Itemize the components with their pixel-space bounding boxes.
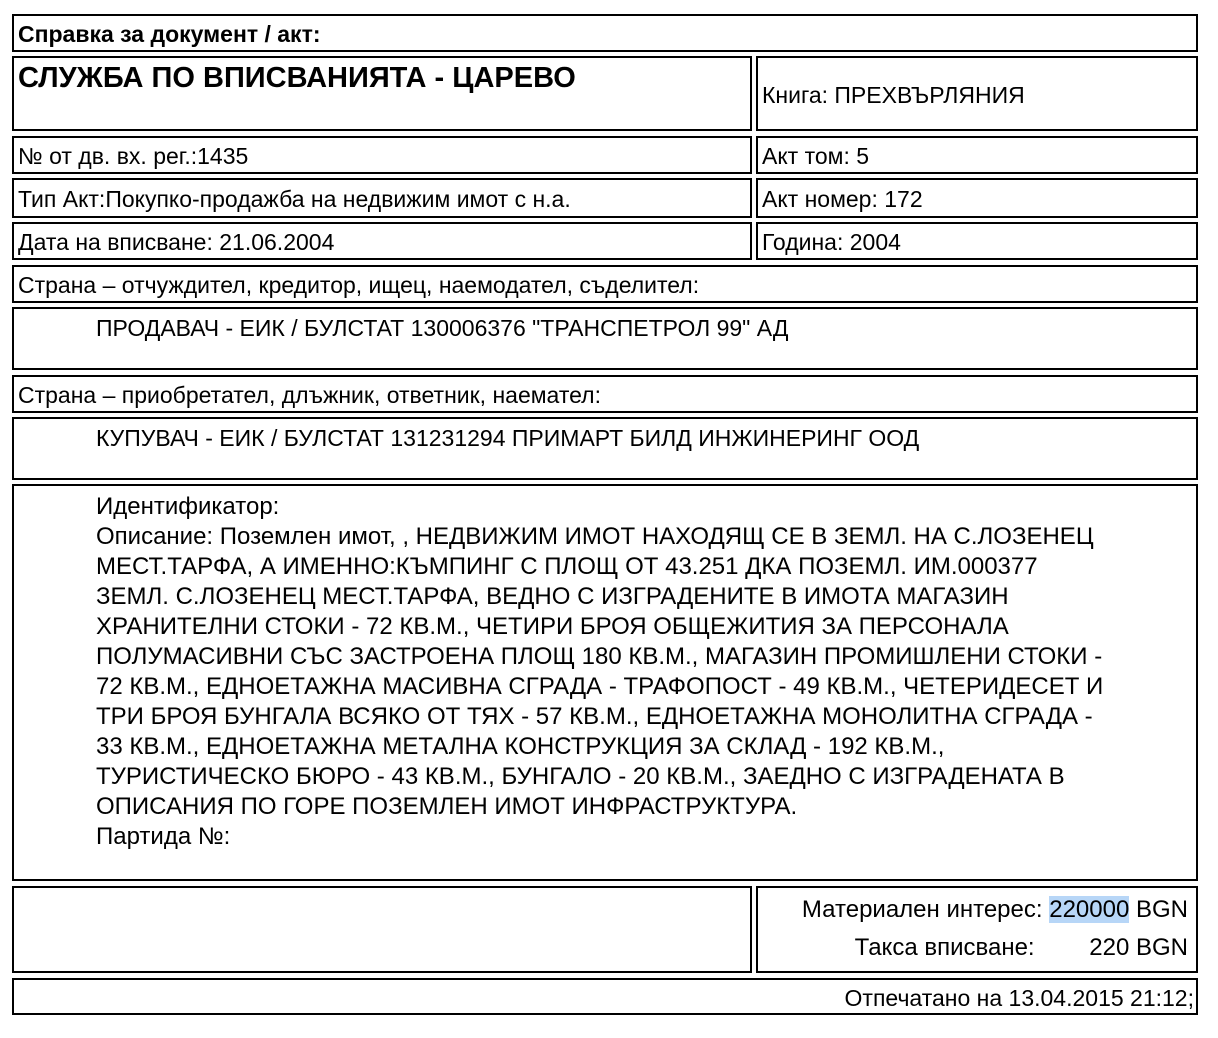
fees-empty-cell <box>12 886 752 973</box>
description-line: ХРАНИТЕЛНИ СТОКИ - 72 КВ.М., ЧЕТИРИ БРОЯ… <box>96 612 1186 642</box>
material-interest-currency: BGN <box>1136 896 1188 923</box>
entry-date: Дата на вписване: 21.06.2004 <box>18 229 334 255</box>
party1-label-cell: Страна – отчуждител, кредитор, ищец, нае… <box>12 265 1198 303</box>
description-line: ТУРИСТИЧЕСКО БЮРО - 43 КВ.М., БУНГАЛО - … <box>96 762 1186 792</box>
book-name: Книга: ПРЕХВЪРЛЯНИЯ <box>762 82 1025 108</box>
batch-label: Партида №: <box>96 822 1186 852</box>
book-cell: Книга: ПРЕХВЪРЛЯНИЯ <box>756 56 1198 131</box>
entry-date-cell: Дата на вписване: 21.06.2004 <box>12 222 752 260</box>
act-number: Акт номер: 172 <box>762 186 923 212</box>
party1-label: Страна – отчуждител, кредитор, ищец, нае… <box>18 272 699 298</box>
office-cell: СЛУЖБА ПО ВПИСВАНИЯТА - ЦАРЕВО <box>12 56 752 131</box>
description-line: ЗЕМЛ. С.ЛОЗЕНЕЦ МЕСТ.ТАРФА, ВЕДНО С ИЗГР… <box>96 582 1186 612</box>
year-cell: Година: 2004 <box>756 222 1198 260</box>
identifier-label: Идентификатор: <box>96 492 1186 522</box>
act-year: Година: 2004 <box>762 229 901 255</box>
party1-value: ПРОДАВАЧ - ЕИК / БУЛСТАТ 130006376 "ТРАН… <box>96 315 788 341</box>
party2-value-cell: КУПУВАЧ - ЕИК / БУЛСТАТ 131231294 ПРИМАР… <box>12 417 1198 480</box>
printed-row: Отпечатано на 13.04.2015 21:12; <box>12 978 1198 1015</box>
material-interest-value[interactable]: 220000 <box>1049 896 1129 923</box>
document-caption: Справка за документ / акт: <box>18 21 321 47</box>
registration-fee-label: Такса вписване: <box>855 934 1035 962</box>
reg-number-cell: № от дв. вх. рег.:1435 <box>12 136 752 174</box>
party1-value-cell: ПРОДАВАЧ - ЕИК / БУЛСТАТ 130006376 "ТРАН… <box>12 307 1198 370</box>
description-line: ПОЛУМАСИВНИ СЪС ЗАСТРОЕНА ПЛОЩ 180 КВ.М.… <box>96 642 1186 672</box>
reg-number: № от дв. вх. рег.:1435 <box>18 143 248 169</box>
description-line: ТРИ БРОЯ БУНГАЛА ВСЯКО ОТ ТЯХ - 57 КВ.М.… <box>96 702 1186 732</box>
description-line: 33 КВ.М., ЕДНОЕТАЖНА МЕТАЛНА КОНСТРУКЦИЯ… <box>96 732 1186 762</box>
material-interest-label: Материален интерес: <box>802 896 1043 924</box>
property-description: Идентификатор: Описание: Поземлен имот, … <box>96 492 1186 852</box>
description-line: Описание: Поземлен имот, , НЕДВИЖИМ ИМОТ… <box>96 522 1186 552</box>
party2-label: Страна – приобретател, длъжник, ответник… <box>18 382 601 408</box>
act-type-cell: Тип Акт:Покупко-продажба на недвижим имо… <box>12 178 752 218</box>
material-interest: Материален интерес: 220000 BGN <box>802 896 1188 924</box>
party2-label-cell: Страна – приобретател, длъжник, ответник… <box>12 375 1198 413</box>
volume-cell: Акт том: 5 <box>756 136 1198 174</box>
registration-fee-currency: BGN <box>1136 934 1188 961</box>
office-title: СЛУЖБА ПО ВПИСВАНИЯТА - ЦАРЕВО <box>18 62 576 94</box>
registration-fee: Такса вписване: 220 BGN <box>855 934 1188 962</box>
act-number-cell: Акт номер: 172 <box>756 178 1198 218</box>
registration-fee-value: 220 <box>1089 934 1129 962</box>
printed-timestamp: Отпечатано на 13.04.2015 21:12; <box>845 984 1194 1012</box>
description-line: ОПИСАНИЯ ПО ГОРЕ ПОЗЕМЛЕН ИМОТ ИНФРАСТРУ… <box>96 792 1186 822</box>
description-line: МЕСТ.ТАРФА, А ИМЕННО:КЪМПИНГ С ПЛОЩ ОТ 4… <box>96 552 1186 582</box>
party2-value: КУПУВАЧ - ЕИК / БУЛСТАТ 131231294 ПРИМАР… <box>96 425 919 451</box>
act-volume: Акт том: 5 <box>762 143 869 169</box>
caption-row: Справка за документ / акт: <box>12 14 1198 52</box>
fees-cell: Материален интерес: 220000 BGN Такса впи… <box>756 886 1198 973</box>
act-type: Тип Акт:Покупко-продажба на недвижим имо… <box>18 186 571 212</box>
property-cell: Идентификатор: Описание: Поземлен имот, … <box>12 484 1198 881</box>
description-line: 72 КВ.М., ЕДНОЕТАЖНА МАСИВНА СГРАДА - ТР… <box>96 672 1186 702</box>
